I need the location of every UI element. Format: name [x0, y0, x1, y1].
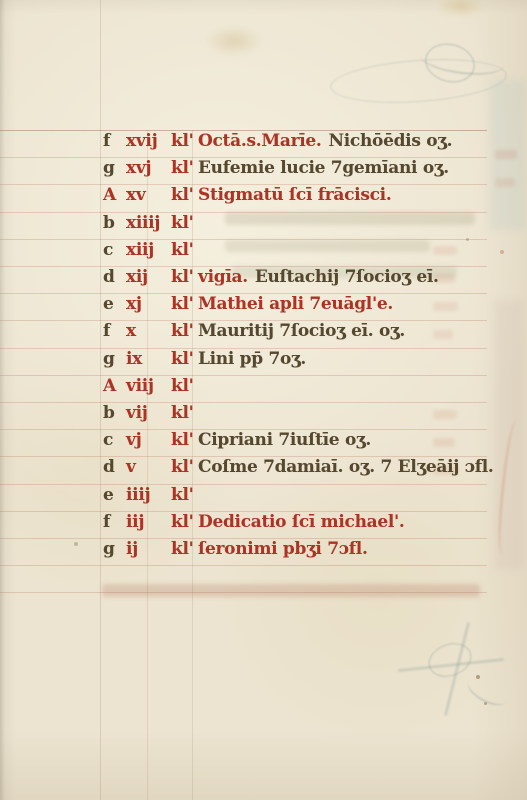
feast-entry-segment: ſeronimi pbʒi 7ɔfl.: [198, 539, 368, 559]
dominical-letter: c: [103, 430, 113, 450]
ruling-line-horizontal: [0, 565, 487, 566]
roman-numeral: xiij: [126, 240, 154, 260]
feast-entry-segment: Mauritij 7ſocioʒ eī. oʒ.: [198, 321, 405, 341]
dominical-letter: f: [103, 321, 110, 341]
roman-numeral: xvj: [126, 158, 151, 178]
feast-entry-segment: Stigmatū ſcī frācisci.: [198, 185, 391, 205]
feast-entry-segment: Nichōēdis oʒ.: [329, 131, 453, 151]
showthrough-numeral-5: [433, 410, 457, 419]
kalends-abbreviation: kl': [171, 213, 194, 233]
showthrough-numeral-6: [433, 438, 455, 447]
kalends-abbreviation: kl': [171, 457, 194, 477]
dominical-letter: d: [103, 267, 115, 287]
roman-numeral: iiij: [126, 485, 150, 505]
feast-entry-segment: Euſtachij 7ſocioʒ eī.: [255, 267, 439, 287]
stain-top-center: [205, 26, 263, 56]
dominical-letter: g: [103, 349, 115, 369]
showthrough-numeral-1: [433, 246, 457, 255]
feast-entry: Lini pp̄ 7oʒ.: [198, 349, 313, 369]
manuscript-photo: fxvijkl'Octā.s.Marīe.Nichōēdis oʒ.gxvjkl…: [0, 0, 527, 800]
roman-numeral: xij: [126, 267, 148, 287]
dominical-letter: b: [103, 213, 115, 233]
speck-4: [500, 250, 504, 254]
showthrough-numeral-9: [495, 178, 515, 187]
dominical-letter: c: [103, 240, 113, 260]
roman-numeral: vj: [126, 430, 141, 450]
showthrough-numeral-8: [495, 150, 517, 159]
feast-entry-segment: Mathei apli 7euāgl'e.: [198, 294, 393, 314]
feast-entry-segment: vigīa.: [198, 267, 248, 287]
roman-numeral: iij: [126, 512, 144, 532]
roman-numeral: xvij: [126, 131, 157, 151]
ruling-line-horizontal: [0, 375, 487, 376]
roman-numeral: viij: [126, 376, 154, 396]
dominical-letter: A: [103, 376, 116, 396]
kalends-abbreviation: kl': [171, 349, 194, 369]
showthrough-knot-tail: [464, 673, 510, 710]
feast-entry-segment: Lini pp̄ 7oʒ.: [198, 349, 306, 369]
dominical-letter: b: [103, 403, 115, 423]
kalends-abbreviation: kl': [171, 539, 194, 559]
kalends-abbreviation: kl': [171, 485, 194, 505]
dominical-letter: e: [103, 294, 114, 314]
dominical-letter: f: [103, 131, 110, 151]
roman-numeral: ij: [126, 539, 138, 559]
dominical-letter: f: [103, 512, 110, 532]
kalends-abbreviation: kl': [171, 185, 194, 205]
dominical-letter: A: [103, 185, 116, 205]
showthrough-text-2: [225, 240, 430, 252]
showthrough-numeral-3: [433, 302, 458, 311]
feast-entry: Mathei apli 7euāgl'e.: [198, 294, 400, 314]
ruling-line-vertical-left: [100, 0, 101, 800]
feast-entry-segment: Eufemie lucie 7gemīani oʒ.: [198, 158, 449, 178]
roman-numeral: x: [126, 321, 136, 341]
showthrough-knot-loop: [424, 637, 476, 682]
dominical-letter: d: [103, 457, 115, 477]
parchment-page: fxvijkl'Octā.s.Marīe.Nichōēdis oʒ.gxvjkl…: [0, 0, 527, 800]
dominical-letter: g: [103, 539, 115, 559]
feast-entry: Eufemie lucie 7gemīani oʒ.: [198, 158, 456, 178]
kalends-abbreviation: kl': [171, 294, 194, 314]
roman-numeral: xv: [126, 185, 145, 205]
speck-2: [484, 702, 487, 705]
showthrough-text-bottom: [102, 584, 480, 597]
roman-numeral: xiiij: [126, 213, 160, 233]
roman-numeral: v: [126, 457, 136, 477]
feast-entry: Mauritij 7ſocioʒ eī. oʒ.: [198, 321, 412, 341]
stain-top-right: [438, 0, 484, 16]
kalends-abbreviation: kl': [171, 321, 194, 341]
feast-entry: vigīa.Euſtachij 7ſocioʒ eī.: [198, 267, 446, 287]
roman-numeral: xj: [126, 294, 142, 314]
kalends-abbreviation: kl': [171, 512, 194, 532]
kalends-abbreviation: kl': [171, 131, 194, 151]
feast-entry: Stigmatū ſcī frācisci.: [198, 185, 398, 205]
kalends-abbreviation: kl': [171, 403, 194, 423]
ruling-line-horizontal: [0, 484, 487, 485]
dominical-letter: g: [103, 158, 115, 178]
kalends-abbreviation: kl': [171, 376, 194, 396]
speck-3: [466, 238, 469, 241]
speck-5: [74, 542, 78, 546]
feast-entry: Octā.s.Marīe.Nichōēdis oʒ.: [198, 131, 459, 151]
kalends-abbreviation: kl': [171, 240, 194, 260]
showthrough-numeral-4: [433, 330, 453, 339]
speck-1: [476, 675, 480, 679]
feast-entry: Dedicatio ſcī michael'.: [198, 512, 412, 532]
dominical-letter: e: [103, 485, 114, 505]
feast-entry-segment: Cipriani 7iuſtīe oʒ.: [198, 430, 371, 450]
roman-numeral: ix: [126, 349, 142, 369]
kalends-abbreviation: kl': [171, 430, 194, 450]
ruling-line-horizontal: [0, 402, 487, 403]
feast-entry: Coſme 7damiaī. oʒ. 7 Elʒeāij ɔfl.: [198, 457, 501, 477]
kalends-abbreviation: kl': [171, 267, 194, 287]
feast-entry-segment: Octā.s.Marīe.: [198, 131, 322, 151]
feast-entry-segment: Coſme 7damiaī. oʒ. 7 Elʒeāij ɔfl.: [198, 457, 494, 477]
feast-entry: ſeronimi pbʒi 7ɔfl.: [198, 539, 375, 559]
roman-numeral: vij: [126, 403, 148, 423]
feast-entry-segment: Dedicatio ſcī michael'.: [198, 512, 405, 532]
showthrough-text-1: [225, 212, 475, 225]
feast-entry: Cipriani 7iuſtīe oʒ.: [198, 430, 378, 450]
kalends-abbreviation: kl': [171, 158, 194, 178]
